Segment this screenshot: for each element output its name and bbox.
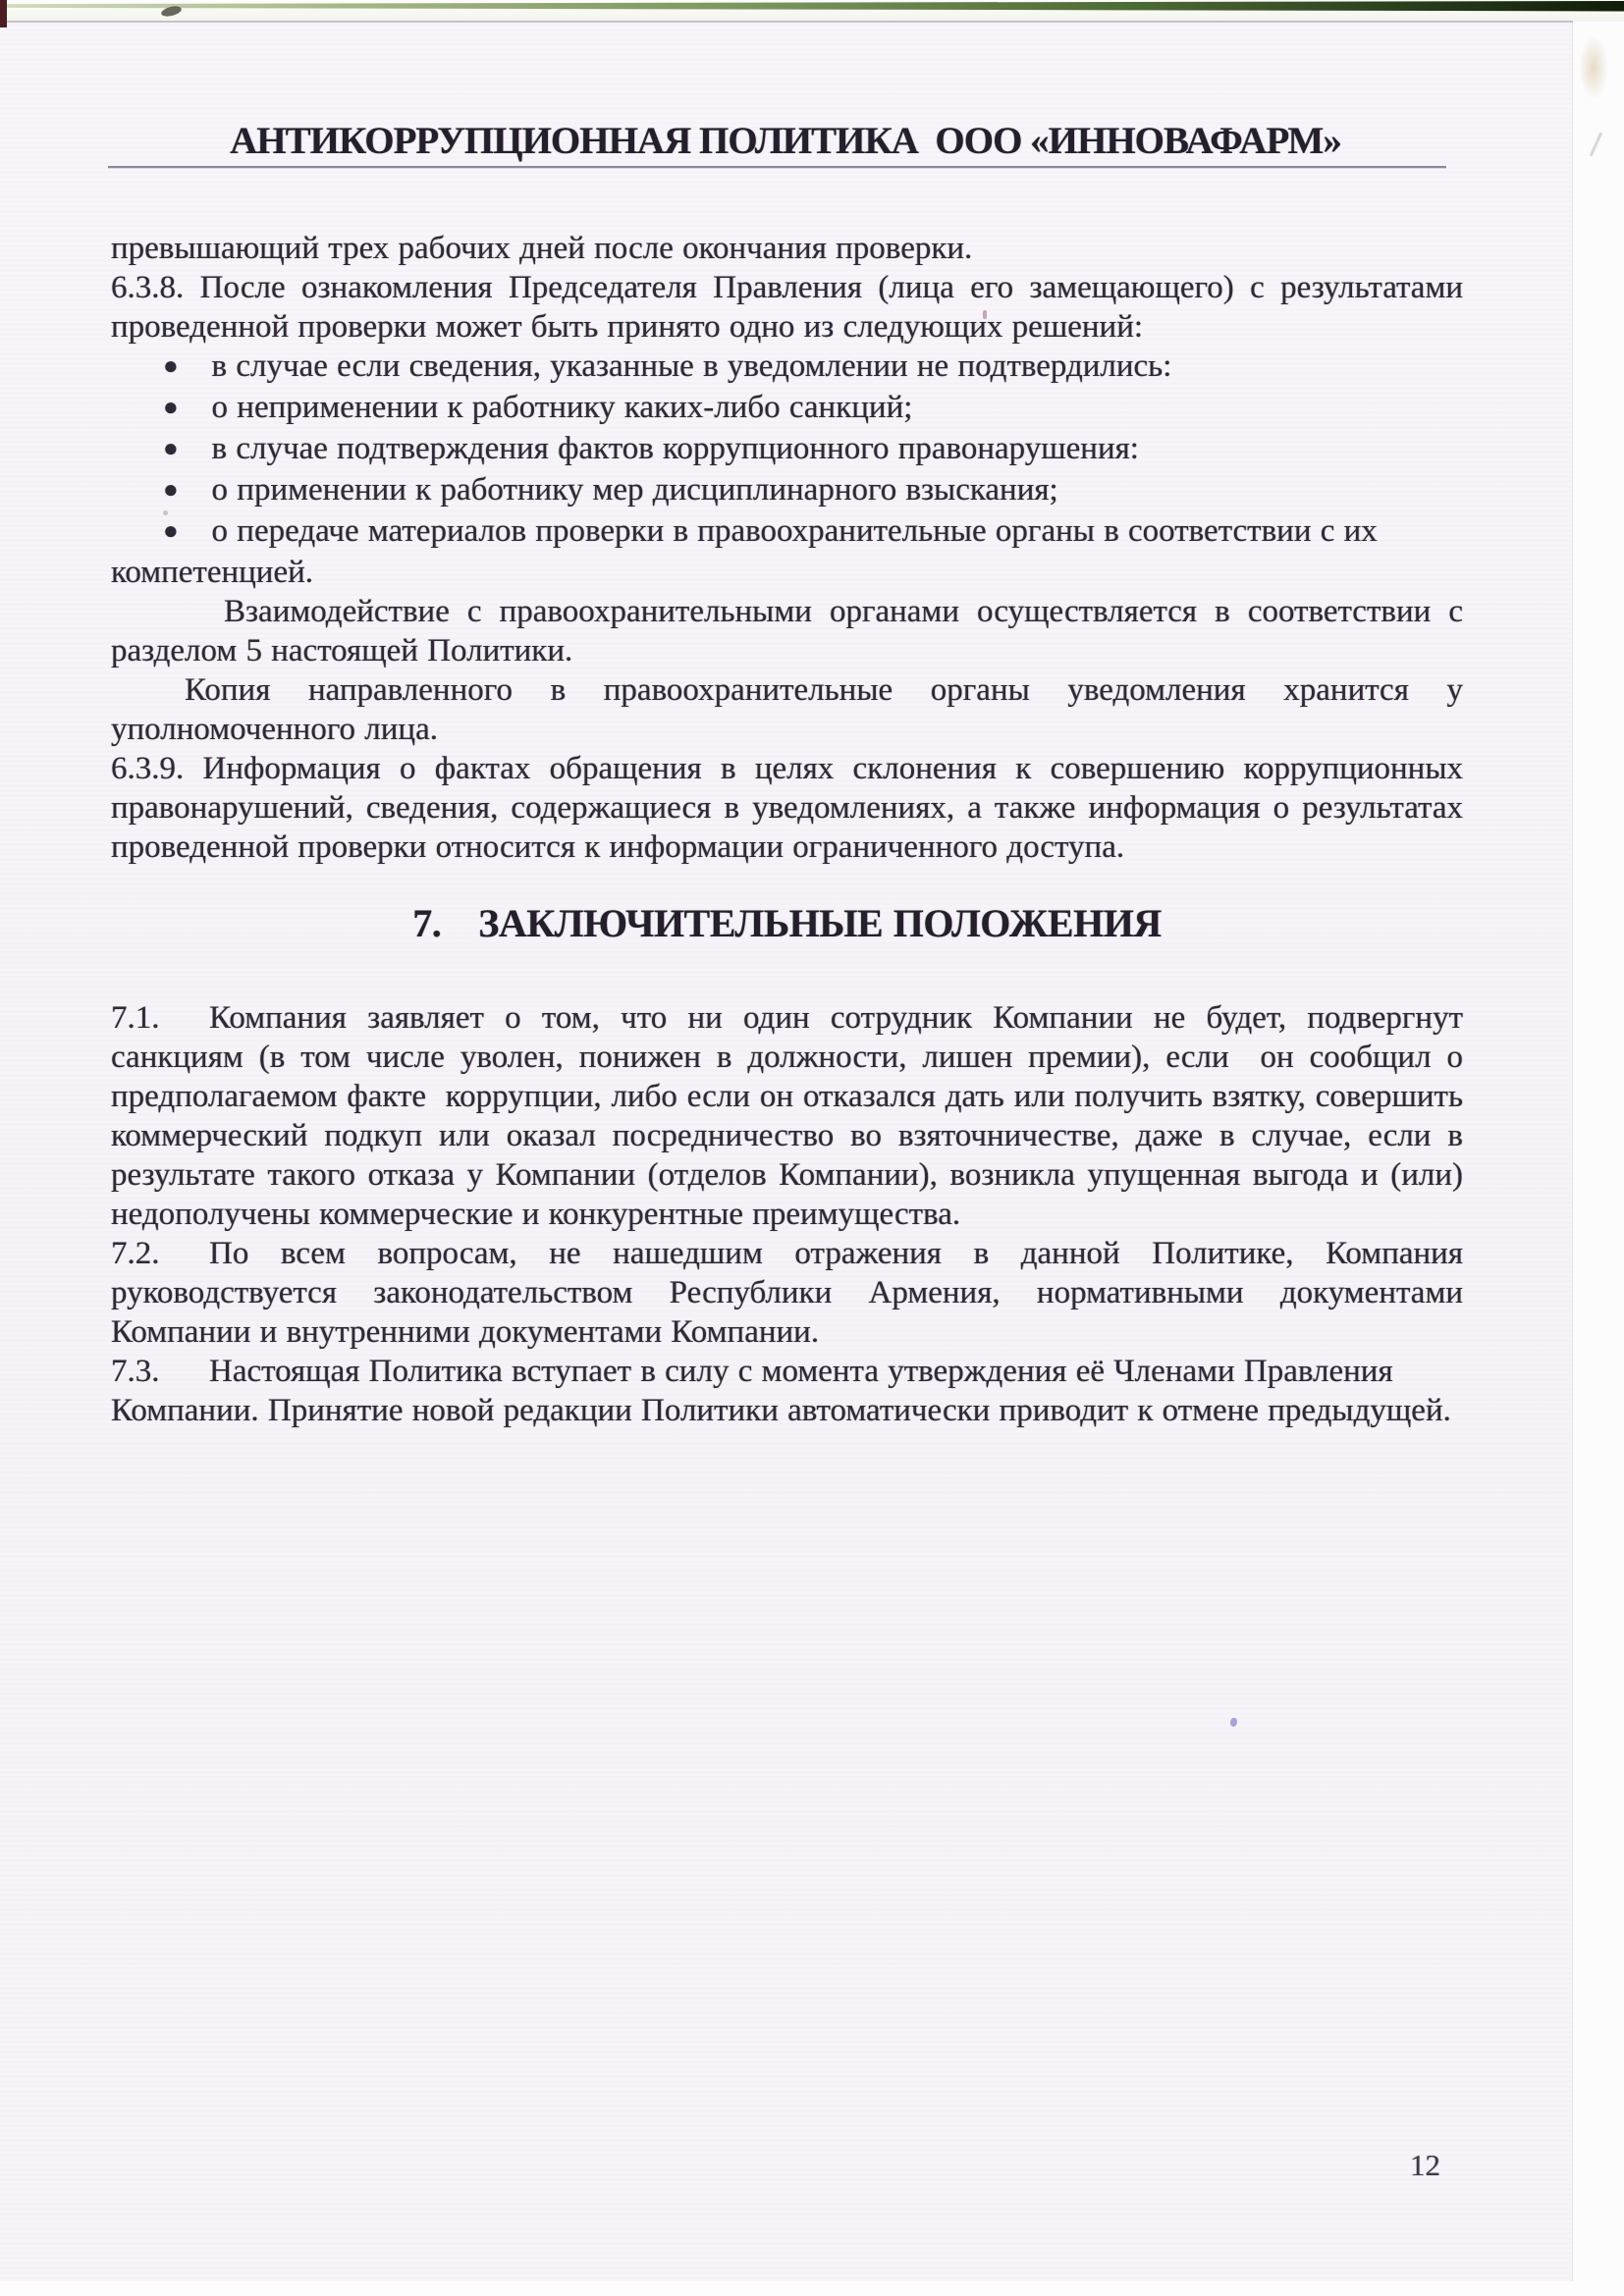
bullet-marker: ● xyxy=(163,511,179,551)
bullet-text: о применении к работнику мер дисциплинар… xyxy=(212,472,1058,507)
clause-text: Компания заявляет о том, что ни один сот… xyxy=(111,1000,1463,1232)
bullet-item: ●в случае подтверждения фактов коррупцио… xyxy=(111,429,1463,470)
bullet-item: ●в случае если сведения, указанные в уве… xyxy=(111,347,1463,388)
corner-ink-mark xyxy=(0,0,7,27)
bullet-marker: ● xyxy=(163,388,179,427)
section-title: ЗАКЛЮЧИТЕЛЬНЫЕ ПОЛОЖЕНИЯ xyxy=(478,901,1161,945)
clause-number: 7.1. xyxy=(111,998,209,1038)
bullet-text: в случае подтверждения фактов коррупцион… xyxy=(212,431,1139,466)
scan-bottom-strip xyxy=(0,2281,1624,2296)
clause-number: 6.3.8. xyxy=(111,270,184,305)
paragraph-copy-storage: Копия направленного в правоохранительные… xyxy=(111,670,1463,749)
paragraph-7-3: 7.3.Настоящая Политика вступает в силу с… xyxy=(111,1352,1463,1430)
paragraph-6-3-9: 6.3.9. Информация о фактах обращения в ц… xyxy=(111,749,1463,867)
bullet-marker: ● xyxy=(163,429,179,468)
clause-number: 6.3.9. xyxy=(111,751,184,786)
section-7-heading: 7.ЗАКЛЮЧИТЕЛЬНЫЕ ПОЛОЖЕНИЯ xyxy=(111,900,1463,947)
title-underline xyxy=(108,166,1446,168)
bullet-item: ●о передаче материалов проверки в правоо… xyxy=(111,511,1463,553)
paragraph-interaction: Взаимодействие с правоохранительными орг… xyxy=(111,592,1463,670)
bullet-item: ●о применении к работнику мер дисциплина… xyxy=(111,470,1463,511)
paragraph-6-3-8: 6.3.8. После ознакомления Председателя П… xyxy=(111,268,1463,347)
clause-text: По всем вопросам, не нашедшим отражения … xyxy=(111,1236,1463,1350)
bullet-text: о неприменении к работнику каких-либо са… xyxy=(212,390,913,425)
clause-number: 7.3. xyxy=(111,1352,209,1391)
document-title: АНТИКОРРУПЦИОННАЯ ПОЛИТИКА ООО «ИННОВАФА… xyxy=(0,119,1571,163)
bullet-item: ●о неприменении к работнику каких-либо с… xyxy=(111,388,1463,429)
clause-text: Информация о фактах обращения в целях ск… xyxy=(111,751,1463,865)
paragraph-intro: превышающий трех рабочих дней после окон… xyxy=(111,229,1463,268)
ink-speck xyxy=(1230,1718,1237,1727)
paper-stain xyxy=(1579,35,1608,100)
clause-text: После ознакомления Председателя Правлени… xyxy=(111,270,1463,345)
paragraph-7-2: 7.2.По всем вопросам, не нашедшим отраже… xyxy=(111,1234,1463,1352)
paper-right-edge xyxy=(1572,22,1624,2296)
section-number: 7. xyxy=(412,901,441,945)
bullet-list: ●в случае если сведения, указанные в уве… xyxy=(111,347,1463,592)
bullet-text: в случае если сведения, указанные в увед… xyxy=(212,348,1172,384)
bullet-continuation: компетенцией. xyxy=(111,553,1463,592)
paragraph-7-1: 7.1.Компания заявляет о том, что ни один… xyxy=(111,998,1463,1234)
bullet-marker: ● xyxy=(163,347,179,386)
clause-number: 7.2. xyxy=(111,1234,209,1273)
bullet-marker: ● xyxy=(163,470,179,509)
clause-text: Настоящая Политика вступает в силу с мом… xyxy=(111,1354,1451,1428)
document-body: превышающий трех рабочих дней после окон… xyxy=(111,229,1463,1430)
scan-divider-line xyxy=(0,21,1573,23)
page-number: 12 xyxy=(1410,2148,1440,2183)
scanned-page: АНТИКОРРУПЦИОННАЯ ПОЛИТИКА ООО «ИННОВАФА… xyxy=(0,0,1624,2296)
bullet-text: о передаче материалов проверки в правоох… xyxy=(212,513,1378,549)
